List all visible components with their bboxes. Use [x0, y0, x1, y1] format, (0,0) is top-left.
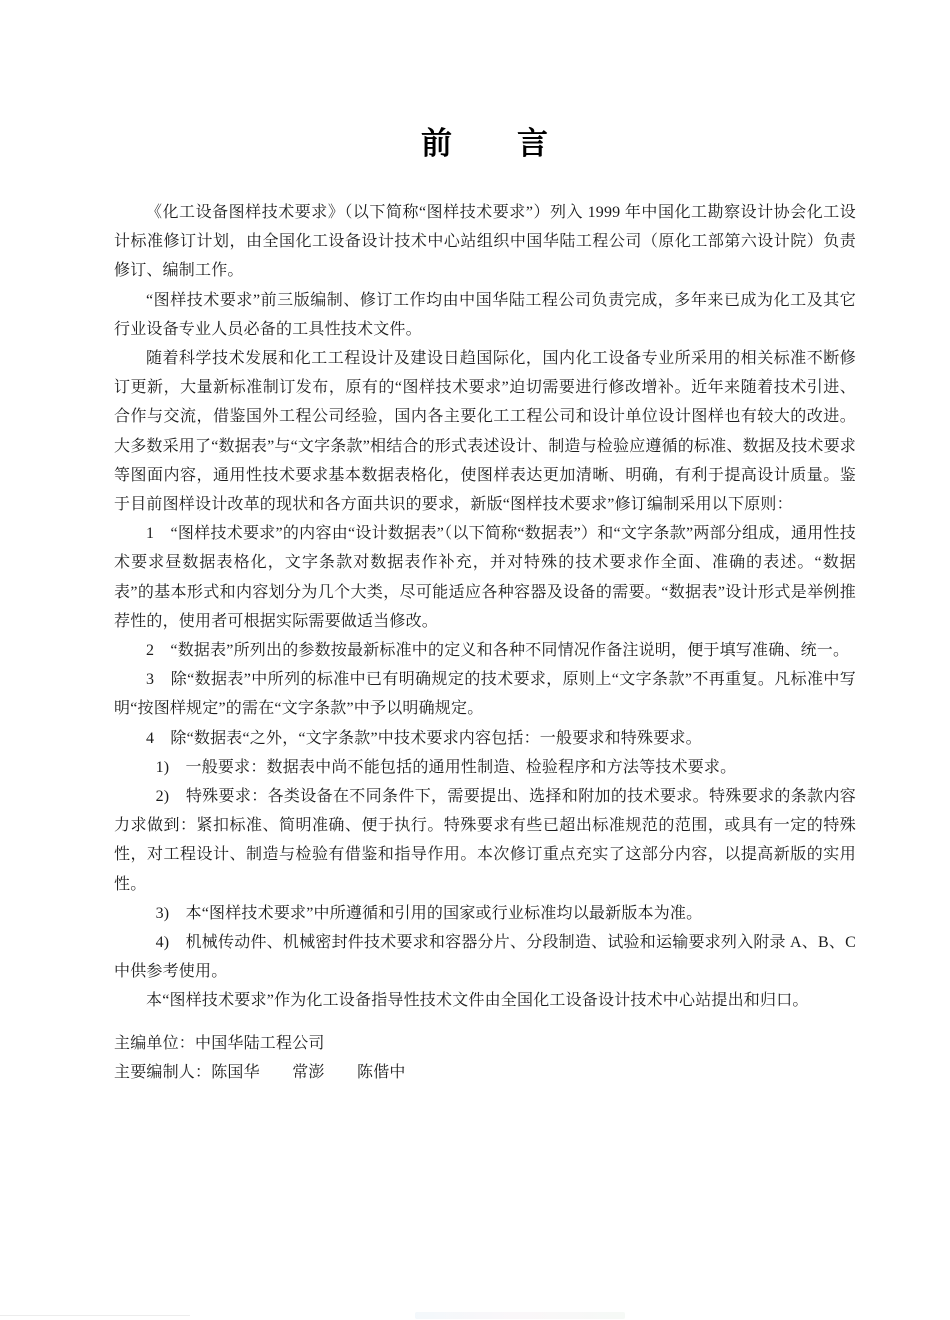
requirement-subitem-2: 2) 特殊要求：各类设备在不同条件下，需要提出、选择和附加的技术要求。特殊要求的… — [114, 782, 856, 899]
bottom-watermark — [415, 1312, 625, 1319]
preface-paragraph-2: “图样技术要求”前三版编制、修订工作均由中国华陆工程公司负责完成，多年来已成为化… — [114, 286, 856, 344]
principle-item-3: 3 除“数据表”中所列的标准中已有明确规定的技术要求，原则上“文字条款”不再重复… — [114, 665, 856, 723]
credits-block: 主编单位：中国华陆工程公司 主要编制人：陈国华 常澎 陈偕中 — [114, 1029, 856, 1087]
preface-paragraph-1: 《化工设备图样技术要求》（以下简称“图样技术要求”）列入 1999 年中国化工勘… — [114, 198, 856, 286]
principle-item-2: 2 “数据表”所列出的参数按最新标准中的定义和各种不同情况作备注说明，便于填写准… — [114, 636, 856, 665]
requirement-subitem-3: 3) 本“图样技术要求”中所遵循和引用的国家或行业标准均以最新版本为准。 — [114, 899, 856, 928]
preface-content: 前 言 《化工设备图样技术要求》（以下简称“图样技术要求”）列入 1999 年中… — [114, 124, 856, 1087]
main-authors-line: 主要编制人：陈国华 常澎 陈偕中 — [114, 1058, 856, 1087]
page-title: 前 言 — [114, 124, 856, 164]
preface-paragraph-3: 随着科学技术发展和化工工程设计及建设日趋国际化，国内化工设备专业所采用的相关标准… — [114, 344, 856, 519]
chief-editor-unit-line: 主编单位：中国华陆工程公司 — [114, 1029, 856, 1058]
closing-paragraph: 本“图样技术要求”作为化工设备指导性技术文件由全国化工设备设计技术中心站提出和归… — [114, 986, 856, 1015]
principle-item-4: 4 除“数据表“之外，“文字条款”中技术要求内容包括：一般要求和特殊要求。 — [114, 724, 856, 753]
principle-item-1: 1 “图样技术要求”的内容由“设计数据表”（以下简称“数据表”）和“文字条款”两… — [114, 519, 856, 636]
document-page: 前 言 《化工设备图样技术要求》（以下简称“图样技术要求”）列入 1999 年中… — [0, 0, 950, 1320]
requirement-subitem-4: 4) 机械传动件、机械密封件技术要求和容器分片、分段制造、试验和运输要求列入附录… — [114, 928, 856, 986]
scan-artifact-line — [0, 1315, 190, 1316]
requirement-subitem-1: 1) 一般要求：数据表中尚不能包括的通用性制造、检验程序和方法等技术要求。 — [114, 753, 856, 782]
